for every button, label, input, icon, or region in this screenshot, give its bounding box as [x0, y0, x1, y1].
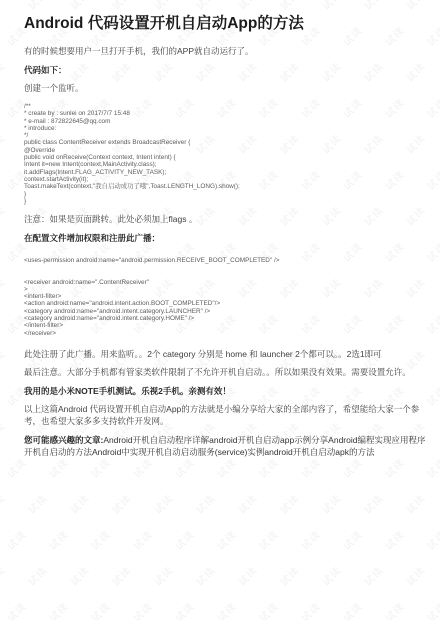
tested-note: 我用的是小米NOTE手机测试。乐视2手机。亲测有效！ — [24, 385, 432, 397]
final-note: 最后注意。大部分手机都有管家类软件限制了不允许开机自启动。。所以如果没有效果。需… — [24, 366, 432, 378]
intro-paragraph: 有的时候想要用户一旦打开手机，我们的APP就自动运行了。 — [24, 45, 432, 57]
create-listener-text: 创建一个监听。 — [24, 82, 432, 94]
document-preview: { "page": { "title": "Android 代码设置开机自启动A… — [0, 0, 440, 620]
related-articles-label: 您可能感兴趣的文章: — [24, 435, 103, 445]
flags-note: 注意：如果是页面跳转。此处必须加上flags 。 — [24, 213, 432, 225]
closing-paragraph: 以上这篇Android 代码设置开机自启动App的方法就是小编分享给大家的全部内… — [24, 403, 432, 427]
register-note: 此处注册了此广播。用来监听。。2个 category 分别是 home 和 la… — [24, 348, 432, 360]
page-title: Android 代码设置开机自启动App的方法 — [24, 14, 432, 34]
java-code-block: /** * create by : sunlei on 2017/7/7 15:… — [24, 103, 432, 205]
article-page: Android 代码设置开机自启动App的方法 有的时候想要用户一旦打开手机，我… — [0, 0, 440, 620]
config-label: 在配置文件增加权限和注册此广播： — [24, 232, 432, 244]
xml-code-block: <uses-permission android:name="android.p… — [24, 257, 432, 337]
related-articles: 您可能感兴趣的文章:Android开机自启动程序详解android开机自启动ap… — [24, 434, 432, 458]
code-label: 代码如下： — [24, 64, 432, 76]
